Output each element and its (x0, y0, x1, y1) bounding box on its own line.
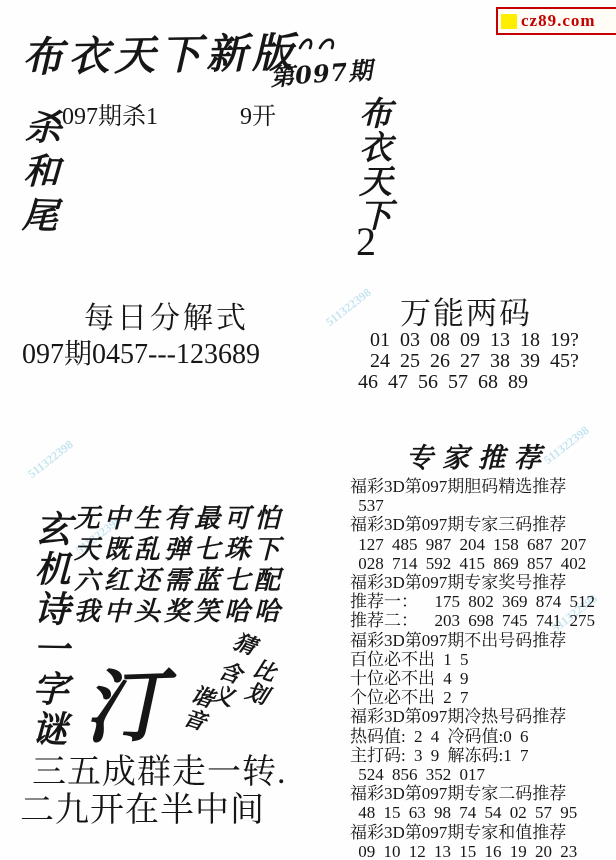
expert-line: 推荐二： 203 698 745 741 275 (350, 611, 616, 630)
expert-line: 028 714 592 415 869 857 402 (350, 554, 616, 573)
hint-homophone: 谐音 (175, 680, 219, 735)
watermark-text: 511322398 (323, 285, 374, 330)
yellow-square-icon (501, 14, 517, 29)
two-code-row: 46 47 56 57 68 89 (352, 372, 604, 393)
expert-line: 福彩3D第097期专家二码推荐 (350, 784, 616, 803)
kill-sum-tail-label: 杀和尾 (12, 107, 68, 241)
daily-decomposition-formula: 097期0457---123689 (22, 332, 260, 372)
open-statement: 9开 (240, 96, 276, 131)
poem-line: 我中头奖笑哈哈 (74, 597, 284, 628)
universal-two-code-title: 万能两码 (400, 288, 532, 333)
lottery-chart-page: 511322398 511322398 511322398 511322398 … (0, 0, 616, 860)
daily-decomposition-title: 每日分解式 (84, 293, 249, 337)
site-badge[interactable]: cz89.com (496, 7, 616, 35)
brand-vertical-label: 布衣天下 (350, 96, 397, 232)
expert-recommend-list: 福彩3D第097期胆码精选推荐 537 福彩3D第097期专家三码推荐 127 … (350, 477, 616, 860)
issue-number: 第097期 (269, 50, 374, 92)
expert-recommend-title: 专家推荐 (406, 436, 550, 475)
expert-line: 福彩3D第097期胆码精选推荐 (350, 477, 616, 496)
couplet-line: 二九开在半中间 (20, 792, 287, 830)
poem-line: 天既乱弹七珠下 (74, 535, 284, 566)
expert-line: 福彩3D第097期不出号码推荐 (350, 631, 616, 650)
kill-statement: 097期杀1 (62, 96, 158, 131)
expert-line: 524 856 352 017 (350, 765, 616, 784)
expert-line: 热码值: 2 4 冷码值:0 6 (350, 727, 616, 746)
expert-line: 福彩3D第097期专家三码推荐 (350, 515, 616, 534)
two-code-row: 01 03 08 09 13 18 19? (352, 330, 604, 351)
poem-line: 无中生有最可怕 (74, 504, 284, 535)
expert-line: 48 15 63 98 74 54 02 57 95 (350, 803, 616, 822)
poem-line: 六红还需蓝七配 (74, 566, 284, 597)
mystery-poem-riddle-label: 玄机诗一字谜 (22, 510, 77, 751)
expert-line: 百位必不出 1 5 (350, 650, 616, 669)
hint-strokes: 比划 (237, 654, 281, 709)
bottom-couplet: 三五成群走一转. 二九开在半中间 (20, 754, 287, 830)
expert-line: 537 (350, 496, 616, 515)
expert-line: 福彩3D第097期专家和值推荐 (350, 823, 616, 842)
brand-number: 2 (356, 218, 376, 265)
universal-two-code-grid: 01 03 08 09 13 18 19? 24 25 26 27 38 39 … (352, 330, 604, 393)
expert-line: 十位必不出 4 9 (350, 669, 616, 688)
expert-line: 福彩3D第097期专家奖号推荐 (350, 573, 616, 592)
expert-line: 127 485 987 204 158 687 207 (350, 535, 616, 554)
two-code-row: 24 25 26 27 38 39 45? (352, 351, 604, 372)
expert-line: 推荐一： 175 802 369 874 512 (350, 592, 616, 611)
mystery-poem: 无中生有最可怕 天既乱弹七珠下 六红还需蓝七配 我中头奖笑哈哈 (74, 504, 284, 628)
riddle-character: 汀 (82, 641, 166, 759)
expert-line: 个位必不出 2 7 (350, 688, 616, 707)
page-title: 布衣天下新版 (22, 20, 299, 84)
site-badge-label[interactable]: cz89.com (521, 11, 596, 31)
expert-line: 福彩3D第097期冷热号码推荐 (350, 707, 616, 726)
expert-line: 主打码: 3 9 解冻码:1 7 (350, 746, 616, 765)
expert-line: 09 10 12 13 15 16 19 20 23 (350, 842, 616, 860)
watermark-text: 511322398 (25, 437, 76, 482)
couplet-line: 三五成群走一转. (32, 754, 287, 792)
flourish-icon (298, 34, 342, 54)
